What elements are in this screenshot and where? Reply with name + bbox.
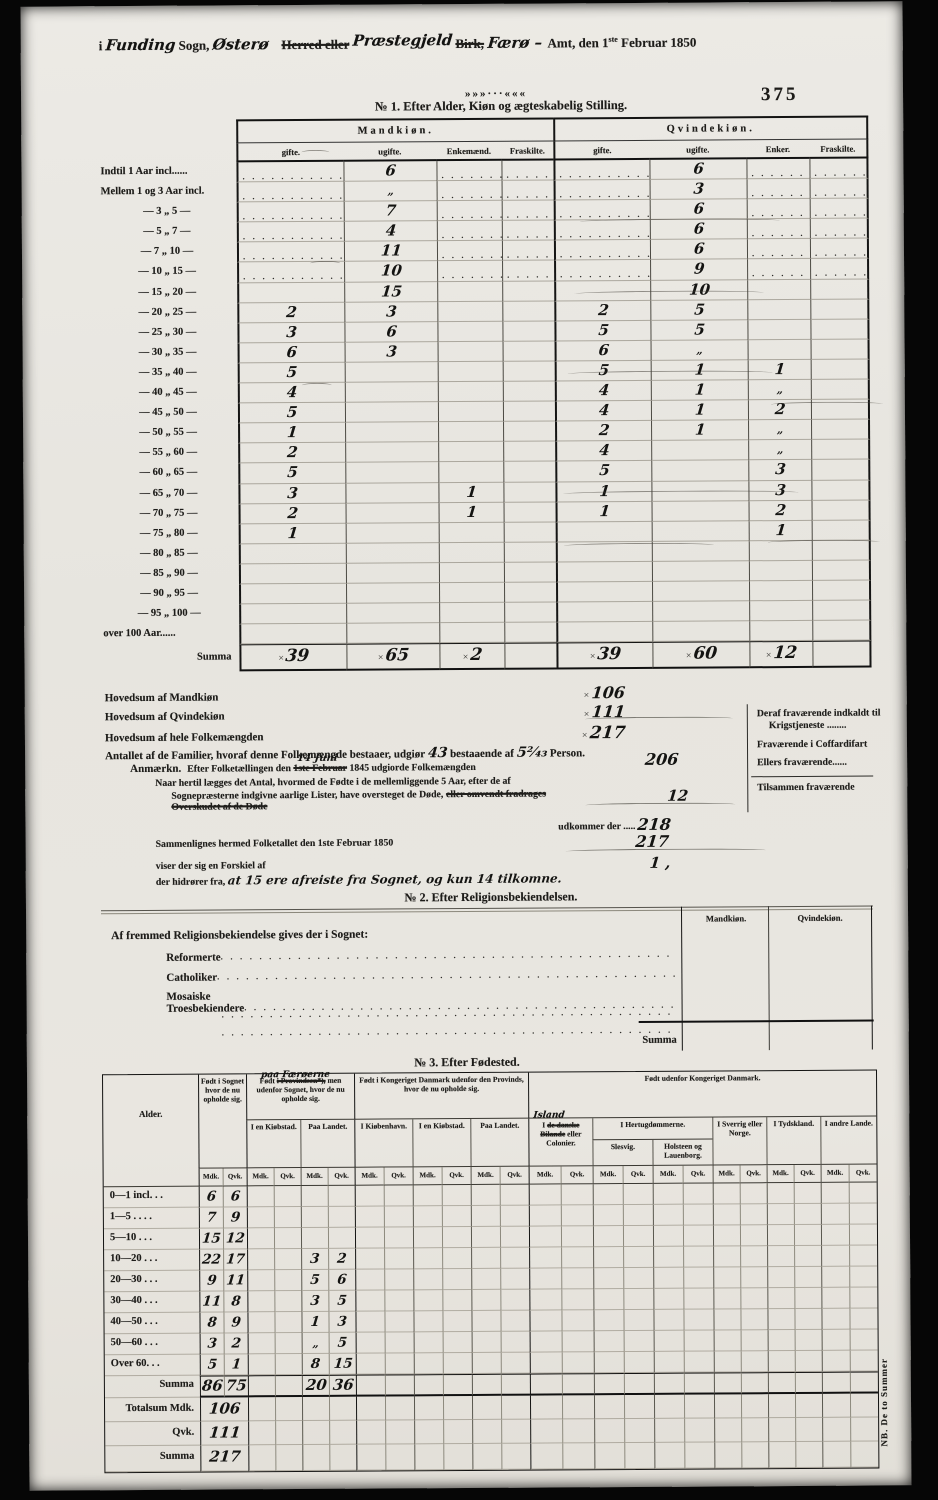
table-cell [414,1353,443,1374]
handwritten-value: 5 [693,320,705,338]
handwritten-value: 5 [286,403,298,421]
table-cell [356,1375,385,1397]
table-cell: 20 [302,1375,329,1397]
anm-l8-handwritten: at 15 ere afreiste fra Sognet, og kun 14… [227,871,562,887]
handwritten-value: 1 [287,524,299,542]
table-cell [414,1396,443,1420]
check-mark: × [766,650,772,661]
table-cell [767,1288,794,1309]
table-cell [275,1397,302,1421]
table-cell [471,1227,500,1248]
handwritten-value: 9 [230,1313,241,1332]
table-cell [529,1310,561,1331]
handwritten-value: 11 [225,1271,246,1290]
mdk-qvk-header: Qvk. [794,1165,821,1183]
table-cell [439,543,504,563]
table-cell [654,1443,684,1469]
table-cell [529,1205,561,1226]
table-cell [850,1350,878,1371]
table-cell [653,1226,683,1247]
absent-line3: Fraværende i Coffardifart [757,739,867,751]
table-cell [345,442,438,463]
table-cell: . . . . . . . . . . . . . . . . . . . . … [747,199,810,219]
table-cell [328,1186,355,1207]
table-cell: . . . . . . . . . . . . . . . . . . . . … [437,181,502,201]
handwritten-value: 2 [469,646,483,664]
table-cell: . . . . . . . . . . . . . . . . . . . . … [237,242,344,263]
table-cell [355,1207,384,1228]
handwritten-value: 3 [692,180,704,198]
row-label: 1—5 . . . . [104,1208,199,1230]
handwritten-value: 6 [693,200,705,218]
table-cell [811,339,870,359]
table-cell [594,1395,624,1419]
table-cell [850,1393,878,1417]
table-cell [248,1354,275,1375]
table-cell [247,1270,274,1291]
table-cell [385,1420,414,1444]
table-cell [713,1225,740,1246]
table-cell [653,1184,683,1205]
check-mark: × [590,651,596,662]
table-cell [472,1374,501,1396]
table-cell [561,1289,593,1310]
table-cell: 7 [199,1207,223,1228]
table-cell [713,1183,740,1204]
table-cell [652,581,749,602]
table-cell [811,480,870,500]
table-cell: 15 [344,282,437,303]
header-hertugdommerne: I Hertugdømmerne. [592,1118,712,1141]
mdk-qvk-header: Qvk. [561,1166,593,1184]
table-cell: . . . . . . . . . . . . . . . . . . . . … [747,239,810,259]
table-cell [741,1330,768,1351]
handwritten-value: 2 [336,1250,347,1269]
table-cell [768,1394,795,1418]
handwritten-value: 217 [208,1445,241,1467]
table-cell [795,1394,822,1418]
table-cell [714,1442,741,1468]
table-cell [500,1206,529,1227]
table-cell [749,601,812,621]
table-cell [471,1206,500,1227]
table-cell [239,544,346,565]
religion-row-label: Reformerte [166,952,220,964]
row-label: — 10 „ 15 — [97,263,237,284]
table-cell [247,1207,274,1228]
table-cell [328,1228,355,1249]
mdk-qvk-header: Qvk. [623,1166,653,1184]
table-cell [556,522,652,543]
table-cell: 4 [555,381,651,402]
table-cell [501,1353,530,1374]
hovedsum-total-label: Hovedsum af hele Folkemængden [105,731,264,744]
table-cell [795,1442,822,1468]
table-cell: 5 [328,1291,355,1312]
handwritten-value: 22 [201,1251,222,1270]
table-cell: 17 [223,1249,247,1270]
table-cell: 15 [329,1354,356,1375]
row-label: Summa [105,1376,200,1399]
table-cell [504,582,556,602]
table-cell [530,1373,562,1395]
summa-cell [812,641,871,668]
families-count-handwritten: 43 [427,745,448,761]
section2-vline-mid [768,906,770,1050]
table-cell: 75 [224,1375,248,1397]
summa-label: Summa [99,645,239,673]
handwritten-value: „ [387,183,395,201]
table-cell [355,1186,384,1207]
table-cell: 9 [650,260,747,281]
table-cell: . . . . . . . . . . . . . . . . . . . . … [554,200,650,221]
mdk-qvk-header: Mdk. [355,1168,384,1186]
handwritten-value: 6 [385,322,397,340]
table-cell [472,1396,501,1420]
mdk-qvk-header: Qvk. [384,1167,413,1185]
table-cell [443,1374,472,1396]
table-cell: 4 [555,401,651,422]
summa-cell: ×39 [556,642,652,670]
handwritten-value: 36 [332,1376,355,1395]
handwritten-value: 8 [310,1355,321,1374]
table-cell [795,1418,822,1442]
table-cell [346,543,439,564]
families-post-text: Person. [550,747,585,759]
header-fodt-udenfor-danmark: Født udenfor Kongeriget Danmark. [528,1071,876,1119]
table-cell [849,1224,877,1245]
table-cell [794,1288,821,1309]
table-cell [248,1333,275,1354]
t1-corner [96,143,236,163]
table-cell: 6 [343,161,436,182]
table-cell [501,1332,530,1353]
anmaerkning-label: Anmærkn. [130,763,181,775]
table-cell [850,1371,878,1393]
absent-line4: Ellers fraværende...... [757,757,847,769]
table-cell [504,522,556,542]
table-cell [443,1332,472,1353]
table-cell [530,1395,562,1419]
handwritten-value: 4 [385,222,397,240]
table-cell [385,1396,414,1420]
handwritten-value: 1 [775,521,787,539]
table-cell [713,1267,740,1288]
table-cell [684,1442,714,1468]
handwritten-value: 6 [597,341,609,359]
table-cell: 9 [223,1207,247,1228]
table-cell [438,342,503,362]
header-fodt-paa-faeroerne: paa FærøerneFødt i Provindsen*), men ude… [246,1074,354,1121]
table-cell [503,341,555,361]
row-label: — 85 „ 90 — [99,564,239,585]
table-cell: . . . . . . . . . . . . . . . . . . . . … [437,241,502,261]
table-cell [768,1372,795,1394]
row-label: — 50 „ 55 — [98,424,238,445]
handwritten-value: 5 [598,462,610,480]
column-header: Fraskilte. [809,140,868,159]
table-cell [385,1444,414,1470]
table-cell [355,1228,384,1249]
table-cell [529,1289,561,1310]
table-cell [811,460,870,480]
handwritten-value: 6 [337,1271,348,1290]
table-cell [795,1372,822,1394]
table-cell [593,1310,623,1331]
check-mark: × [278,653,284,664]
dotted-leader: . . . . . . . . . . . . . . . . . . . . … [221,949,677,964]
table-cell [437,301,502,321]
total-row-label: Qvk. [105,1422,200,1447]
table-cell [683,1184,713,1205]
absent-line1: Deraf fraværende indkaldt til [757,707,881,719]
dotted-leader: . . . . . . . . . . . . . . . . . . . . … [217,969,676,984]
header-fodt-i-sognet: Født i Sognet hvor de nu opholde sig. [198,1074,247,1168]
handwritten-value: 2 [287,504,299,522]
t1-corner [96,119,236,144]
handwritten-value: 6 [693,240,705,258]
table-cell [503,361,555,381]
table-cell: 2 [328,1249,355,1270]
table-cell [740,1267,767,1288]
table-cell [329,1397,356,1421]
table-cell [384,1269,413,1290]
table-cell [849,1182,877,1203]
table-cell [275,1445,302,1471]
column-header: gifte. [553,141,649,161]
table-cell [504,542,556,562]
table-cell [384,1185,413,1206]
table-cell [652,561,749,582]
table-cell [413,1269,442,1290]
table-cell: 3 [328,1312,355,1333]
table-cell [850,1329,878,1350]
handwritten-value: 1 [694,401,706,419]
table-cell [749,561,812,581]
table-cell [684,1351,714,1372]
table-cell [822,1372,850,1394]
table-cell [623,1268,653,1289]
row-label: — 20 „ 25 — [97,303,237,324]
table-cell [683,1267,713,1288]
island-handwritten-note: Island [533,1110,565,1121]
handwritten-value: 3 [286,323,298,341]
table-cell: . . . . . . . . . . . . . . . . . . . . … [502,201,554,221]
table-cell [740,1288,767,1309]
table-cell [713,1309,740,1330]
table-cell [345,483,438,504]
table-cell [810,279,869,299]
table-cell [530,1419,562,1443]
table-cell [561,1184,593,1205]
table-cell: 1 [239,523,346,544]
table-cell [849,1203,877,1224]
table-cell [593,1247,623,1268]
table-cell: 8 [199,1312,223,1333]
parish-name-handwritten: Funding [105,36,177,54]
handwritten-value: 5 [597,321,609,339]
table-cell [504,502,556,522]
table-cell [821,1204,849,1225]
table-cell: . . . . . . . . . . . . . . . . . . . . … [502,241,554,261]
table-cell: 1 [651,400,748,421]
table-cell [811,359,870,379]
handwritten-value: 5 [693,300,705,318]
table-cell: 5 [301,1270,328,1291]
table-cell [747,279,810,299]
handwritten-value: 3 [310,1292,321,1311]
table-cell [439,522,504,542]
table-cell [414,1374,443,1396]
column-header: ugifte. [649,140,746,160]
table-cell [503,482,555,502]
table-cell [502,281,554,301]
table-cell [385,1374,414,1396]
table-cell: 6 [344,322,437,343]
handwritten-value: 39 [285,647,310,665]
summa-cell [504,643,556,670]
handwritten-value: 9 [230,1208,241,1227]
anm-l4-struck: Overskudet af de Døde [171,801,267,813]
table-cell [437,322,502,342]
table-cell [529,1184,561,1205]
table-cell: 9 [223,1312,247,1333]
table-cell: 1 [651,380,748,401]
table-cell [822,1442,850,1468]
table-cell [653,1268,683,1289]
header-slesvig: Slesvig. [592,1140,652,1166]
handwritten-value: 75 [225,1376,248,1395]
table-cell: 4 [555,441,651,462]
table-cell [414,1444,443,1470]
table-cell: 2 [749,500,812,520]
table-cell [248,1445,275,1471]
mdk-qvk-header: Mdk. [713,1165,740,1183]
header-i-kiobenhavn: I Kiøbenhavn. [354,1119,412,1167]
table-cell [356,1421,385,1445]
header-alder: Alder. [103,1075,199,1188]
table-cell: „ [302,1333,329,1354]
table-cell [503,442,555,462]
table-cell: 3 [200,1333,224,1354]
table-cell: 5 [238,363,345,384]
anm-line6: Sammenlignes hermed Folketallet den 1ste… [156,836,626,850]
table-cell [821,1183,849,1204]
handwritten-value: 3 [337,1313,348,1332]
table-cell: 3 [344,302,437,323]
table-cell [794,1204,821,1225]
table-cell: . . . . . . . . . . . . . . . . . . . . … [502,181,554,201]
section2-rows: Reformerte. . . . . . . . . . . . . . . … [20,1,902,6]
header-sverrig-norge: I Sverrig eller Norge. [712,1117,766,1165]
table-cell [247,1249,274,1270]
header-andre-lande: I andre Lande. [820,1117,876,1165]
table-cell [748,340,811,360]
table-cell: 6 [555,341,651,362]
table-cell [414,1332,443,1353]
table-cell [356,1445,385,1471]
table-cell: . . . . . . . . . . . . . . . . . . . . … [437,221,502,241]
handwritten-value: 1 [286,423,298,441]
handwritten-value: 8 [206,1314,217,1333]
table-cell [740,1246,767,1267]
table-cell [714,1351,741,1372]
table-cell [472,1444,501,1470]
table-cell: 3 [237,322,344,343]
table-cell [713,1288,740,1309]
table-cell: 36 [329,1375,356,1397]
table-cell [275,1333,302,1354]
mdk-qvk-header: Qvk. [442,1167,471,1185]
handwritten-value: 1 [231,1355,242,1374]
handwritten-value: 3 [774,481,786,499]
row-label: — 45 „ 50 — [98,404,238,425]
religion-row-label: Catholiker [166,972,217,984]
table-cell [274,1228,301,1249]
table-cell [593,1184,623,1205]
table-cell [529,1247,561,1268]
table-cell [247,1312,274,1333]
section2-vline-right [871,906,873,1050]
table-cell: 11 [223,1270,247,1291]
table-cell [504,562,556,582]
table-cell [652,621,749,642]
table-cell: . . . . . . . . . . . . . . . . . . . . … [747,259,810,279]
handwritten-value: 9 [693,260,705,278]
section3-title: № 3. Efter Fødested. [267,1054,667,1071]
handwritten-value: „ [696,341,704,359]
table-cell [822,1330,850,1351]
table-cell [683,1205,713,1226]
handwritten-value: 11 [380,242,403,260]
table-cell [849,1245,877,1266]
total-row-label: Totalsum Mdk. [105,1398,200,1423]
total-value-cell: 111 [200,1421,248,1445]
table-cell [821,1246,849,1267]
anm-l1-post: 1845 udgiorde Folkemængden [349,762,475,774]
table-cell [749,581,812,601]
table-cell: „ [651,340,748,361]
row-label: Over 60. . . [105,1355,200,1377]
table-cell: 6 [238,343,345,364]
table-cell [356,1397,385,1421]
table-cell [355,1291,384,1312]
sogn-label: Sogn, [179,38,210,53]
page-number: 375 [761,84,799,106]
header-paa-landet: Paa Landet. [470,1119,528,1167]
table-cell [684,1372,714,1394]
table-cell [501,1444,530,1470]
handwritten-value: „ [312,1334,320,1353]
handwritten-value: 10 [380,262,403,280]
handwritten-value: 1 [310,1313,321,1332]
table-cell [794,1309,821,1330]
table-cell [438,402,503,422]
table-cell [654,1419,684,1443]
row-label: — 75 „ 80 — [99,524,239,545]
section2-vline-left [681,907,683,1051]
row-label: — 7 „ 10 — [97,243,237,264]
handwritten-value: 3 [207,1335,218,1354]
handwritten-value: 5 [598,361,610,379]
table-cell [684,1418,714,1442]
table-cell [384,1248,413,1269]
table-cell: 5 [554,321,650,342]
dotted-leader [267,808,661,812]
table-cell [345,422,438,443]
handwritten-value: 1 [774,360,786,378]
row-label: — 25 „ 30 — [97,323,237,344]
